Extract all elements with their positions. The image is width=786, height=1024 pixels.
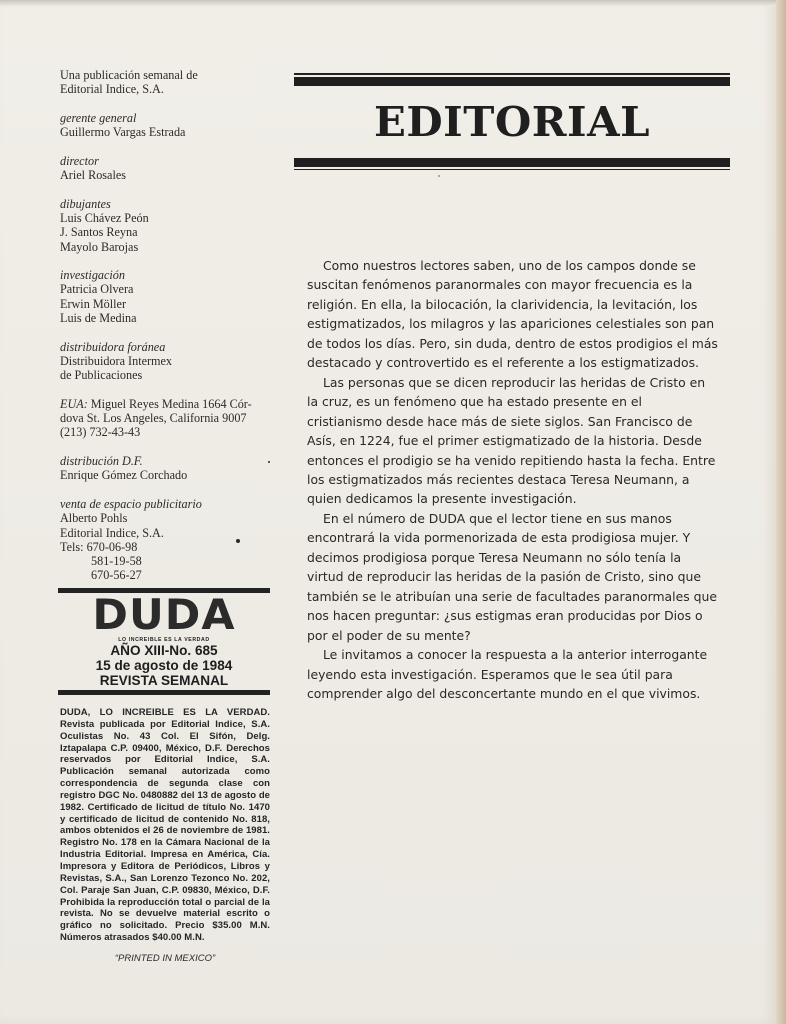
issue-number: AÑO XIII-No. 685: [58, 643, 270, 658]
staff-name: de Publicaciones: [60, 368, 272, 382]
staff-illustrators: dibujantes Luis Chávez Peón J. Santos Re…: [60, 197, 272, 254]
staff-role: investigación: [60, 268, 272, 282]
publisher-line: Una publicación semanal de: [60, 68, 272, 82]
eua-address-line: EUA: Miguel Reyes Medina 1664 Cór-: [60, 397, 272, 411]
header-rule-thick: [294, 77, 730, 86]
page-edge: [776, 0, 786, 1024]
staff-role: distribuidora foránea: [60, 340, 272, 354]
staff-foreign-distribution: distribuidora foránea Distribuidora Inte…: [60, 340, 272, 383]
staff-name: Guillermo Vargas Estrada: [60, 125, 272, 139]
header-rule-thick: [294, 158, 730, 167]
issue-block: DUDA LO INCREIBLE ES LA VERDAD AÑO XIII-…: [58, 588, 270, 695]
eua-address: Miguel Reyes Medina 1664 Cór-: [88, 397, 252, 411]
print-speck: [438, 175, 440, 177]
phone-line: Tels: 670-06-98: [60, 540, 272, 554]
duda-logo: DUDA: [56, 595, 272, 635]
eua-phone: (213) 732-43-43: [60, 425, 272, 439]
issue-frequency: REVISTA SEMANAL: [58, 673, 270, 688]
advertising-sales: venta de espacio publicitario Alberto Po…: [60, 497, 272, 583]
print-speck: [268, 461, 270, 463]
staff-name: Alberto Pohls: [60, 511, 272, 525]
editorial-paragraph: Le invitamos a conocer la respuesta a la…: [307, 645, 719, 703]
phone-line: 581-19-58: [60, 554, 272, 568]
divider: [58, 690, 270, 695]
editorial-body: Como nuestros lectores saben, uno de los…: [307, 256, 719, 703]
editorial-header: EDITORIAL: [294, 73, 730, 170]
staff-name: Ariel Rosales: [60, 168, 272, 182]
staff-role: dibujantes: [60, 197, 272, 211]
staff-name: Mayolo Barojas: [60, 240, 272, 254]
publisher-line: Editorial Indice, S.A.: [60, 82, 272, 96]
staff-general-manager: gerente general Guillermo Vargas Estrada: [60, 111, 272, 140]
staff-name: Distribuidora Intermex: [60, 354, 272, 368]
header-rule-thin: [294, 169, 730, 171]
issue-info: AÑO XIII-No. 685 15 de agosto de 1984 RE…: [58, 643, 270, 688]
staff-role: gerente general: [60, 111, 272, 125]
eua-address-line: dova St. Los Angeles, California 9007: [60, 411, 272, 425]
staff-research: investigación Patricia Olvera Erwin Möll…: [60, 268, 272, 325]
print-speck: [236, 539, 240, 543]
df-distribution: distribución D.F. Enrique Gómez Corchado: [60, 454, 272, 483]
page-top-edge: [0, 0, 786, 6]
masthead: Una publicación semanal de Editorial Ind…: [60, 68, 272, 597]
legal-notice: DUDA, LO INCREIBLE ES LA VERDAD. Revista…: [60, 707, 270, 944]
staff-name: Luis Chávez Peón: [60, 211, 272, 225]
legal-title: DUDA, LO INCREIBLE ES LA VERDAD.: [60, 707, 270, 718]
legal-text: Revista publicada por Editorial Indice, …: [60, 719, 270, 943]
magazine-page: Una publicación semanal de Editorial Ind…: [0, 0, 779, 1024]
editorial-paragraph: Como nuestros lectores saben, uno de los…: [307, 256, 719, 373]
staff-name: Editorial Indice, S.A.: [60, 526, 272, 540]
staff-name: Patricia Olvera: [60, 282, 272, 296]
staff-role: director: [60, 154, 272, 168]
editorial-title: EDITORIAL: [290, 86, 735, 158]
staff-director: director Ariel Rosales: [60, 154, 272, 183]
staff-name: J. Santos Reyna: [60, 225, 272, 239]
issue-date: 15 de agosto de 1984: [58, 658, 270, 673]
staff-role: venta de espacio publicitario: [60, 497, 272, 511]
editorial-paragraph: Las personas que se dicen reproducir las…: [307, 373, 719, 509]
staff-role: distribución D.F.: [60, 454, 272, 468]
editorial-paragraph: En el número de DUDA que el lector tiene…: [307, 509, 719, 645]
eua-label: EUA:: [60, 397, 88, 411]
printed-in-mexico: “PRINTED IN MEXICO”: [60, 953, 270, 964]
staff-name: Enrique Gómez Corchado: [60, 468, 272, 482]
staff-name: Erwin Möller: [60, 297, 272, 311]
publisher-intro: Una publicación semanal de Editorial Ind…: [60, 68, 272, 97]
staff-name: Luis de Medina: [60, 311, 272, 325]
phone-line: 670-56-27: [60, 568, 272, 582]
eua-distribution: EUA: Miguel Reyes Medina 1664 Cór- dova …: [60, 397, 272, 440]
